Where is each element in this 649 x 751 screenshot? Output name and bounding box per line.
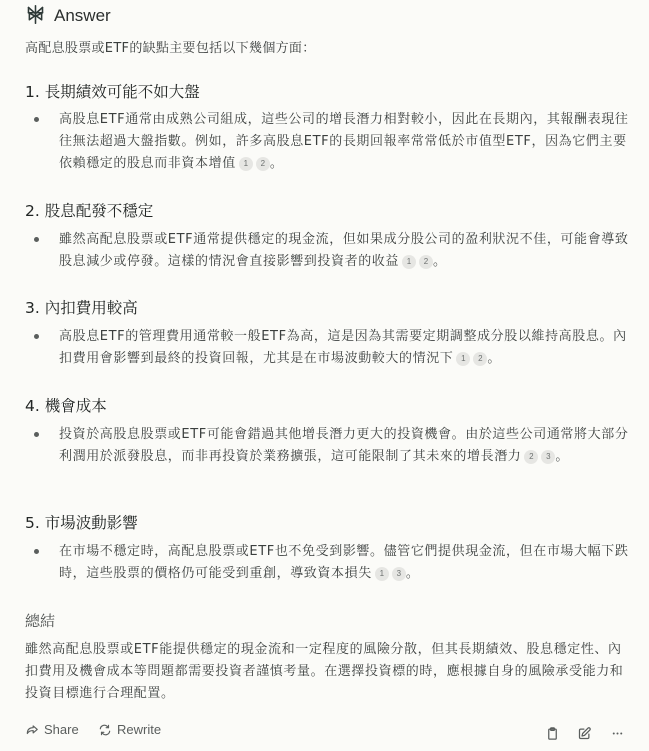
rewrite-label: Rewrite xyxy=(117,722,161,737)
bullet-text: 高股息ETF通常由成熟公司組成，這些公司的增長潛力相對較小，因此在長期內，其報酬… xyxy=(59,112,628,171)
section-heading: 5. 市場波動影響 xyxy=(25,511,138,533)
share-icon xyxy=(25,723,39,737)
bullet-dot xyxy=(34,432,39,437)
list-item: 在市場不穩定時，高配息股票或ETF也不免受到影響。儘管它們提供現金流，但在市場大… xyxy=(34,541,634,585)
share-label: Share xyxy=(44,722,79,737)
citation-badge[interactable]: 2 xyxy=(256,157,270,171)
section-heading: 4. 機會成本 xyxy=(25,394,107,416)
copy-icon xyxy=(545,726,560,741)
period: 。 xyxy=(487,351,501,366)
citation-badge[interactable]: 3 xyxy=(392,567,406,581)
rewrite-button[interactable]: Rewrite xyxy=(98,722,161,737)
answer-footer: Share Rewrite xyxy=(25,722,635,744)
bullet-dot xyxy=(34,237,39,242)
list-item: 高股息ETF的管理費用通常較一般ETF為高，這是因為其需要定期調整成分股以維持高… xyxy=(34,326,634,370)
section-heading: 3. 內扣費用較高 xyxy=(25,296,138,318)
share-button[interactable]: Share xyxy=(25,722,79,737)
citation-badge[interactable]: 1 xyxy=(402,255,416,269)
copy-button[interactable] xyxy=(543,724,561,742)
list-item: 高股息ETF通常由成熟公司組成，這些公司的增長潛力相對較小，因此在長期內，其報酬… xyxy=(34,109,634,175)
edit-icon xyxy=(577,726,592,741)
more-button[interactable] xyxy=(608,724,626,742)
answer-title: Answer xyxy=(54,6,111,26)
period: 。 xyxy=(555,449,569,464)
citation-badge[interactable]: 1 xyxy=(239,157,253,171)
period: 。 xyxy=(270,156,284,171)
citation-badge[interactable]: 2 xyxy=(419,255,433,269)
citation-badge[interactable]: 1 xyxy=(375,567,389,581)
bullet-text: 雖然高配息股票或ETF通常提供穩定的現金流，但如果成分股公司的盈利狀況不佳，可能… xyxy=(59,232,628,269)
edit-button[interactable] xyxy=(575,724,593,742)
rewrite-icon xyxy=(98,723,112,737)
citation-badge[interactable]: 2 xyxy=(473,352,487,366)
bullet-dot xyxy=(34,334,39,339)
period: 。 xyxy=(433,254,447,269)
summary-heading: 總結 xyxy=(25,610,55,631)
bullet-dot xyxy=(34,549,39,554)
list-item: 投資於高股息股票或ETF可能會錯過其他增長潛力更大的投資機會。由於這些公司通常將… xyxy=(34,424,634,468)
perplexity-logo-icon xyxy=(25,4,46,29)
section-heading: 1. 長期績效可能不如大盤 xyxy=(25,80,200,102)
bullet-dot xyxy=(34,117,39,122)
answer-header: Answer xyxy=(25,4,111,28)
citation-badge[interactable]: 3 xyxy=(541,450,555,464)
bullet-text: 高股息ETF的管理費用通常較一般ETF為高，這是因為其需要定期調整成分股以維持高… xyxy=(59,329,627,366)
intro-text: 高配息股票或ETF的缺點主要包括以下幾個方面： xyxy=(25,37,316,56)
citation-badge[interactable]: 1 xyxy=(456,352,470,366)
period: 。 xyxy=(406,566,420,581)
summary-text: 雖然高配息股票或ETF能提供穩定的現金流和一定程度的風險分散，但其長期績效、股息… xyxy=(25,639,635,705)
bullet-text: 在市場不穩定時，高配息股票或ETF也不免受到影響。儘管它們提供現金流，但在市場大… xyxy=(59,544,628,581)
section-heading: 2. 股息配發不穩定 xyxy=(25,199,153,221)
list-item: 雖然高配息股票或ETF通常提供穩定的現金流，但如果成分股公司的盈利狀況不佳，可能… xyxy=(34,229,634,273)
more-icon xyxy=(610,726,625,741)
citation-badge[interactable]: 2 xyxy=(524,450,538,464)
